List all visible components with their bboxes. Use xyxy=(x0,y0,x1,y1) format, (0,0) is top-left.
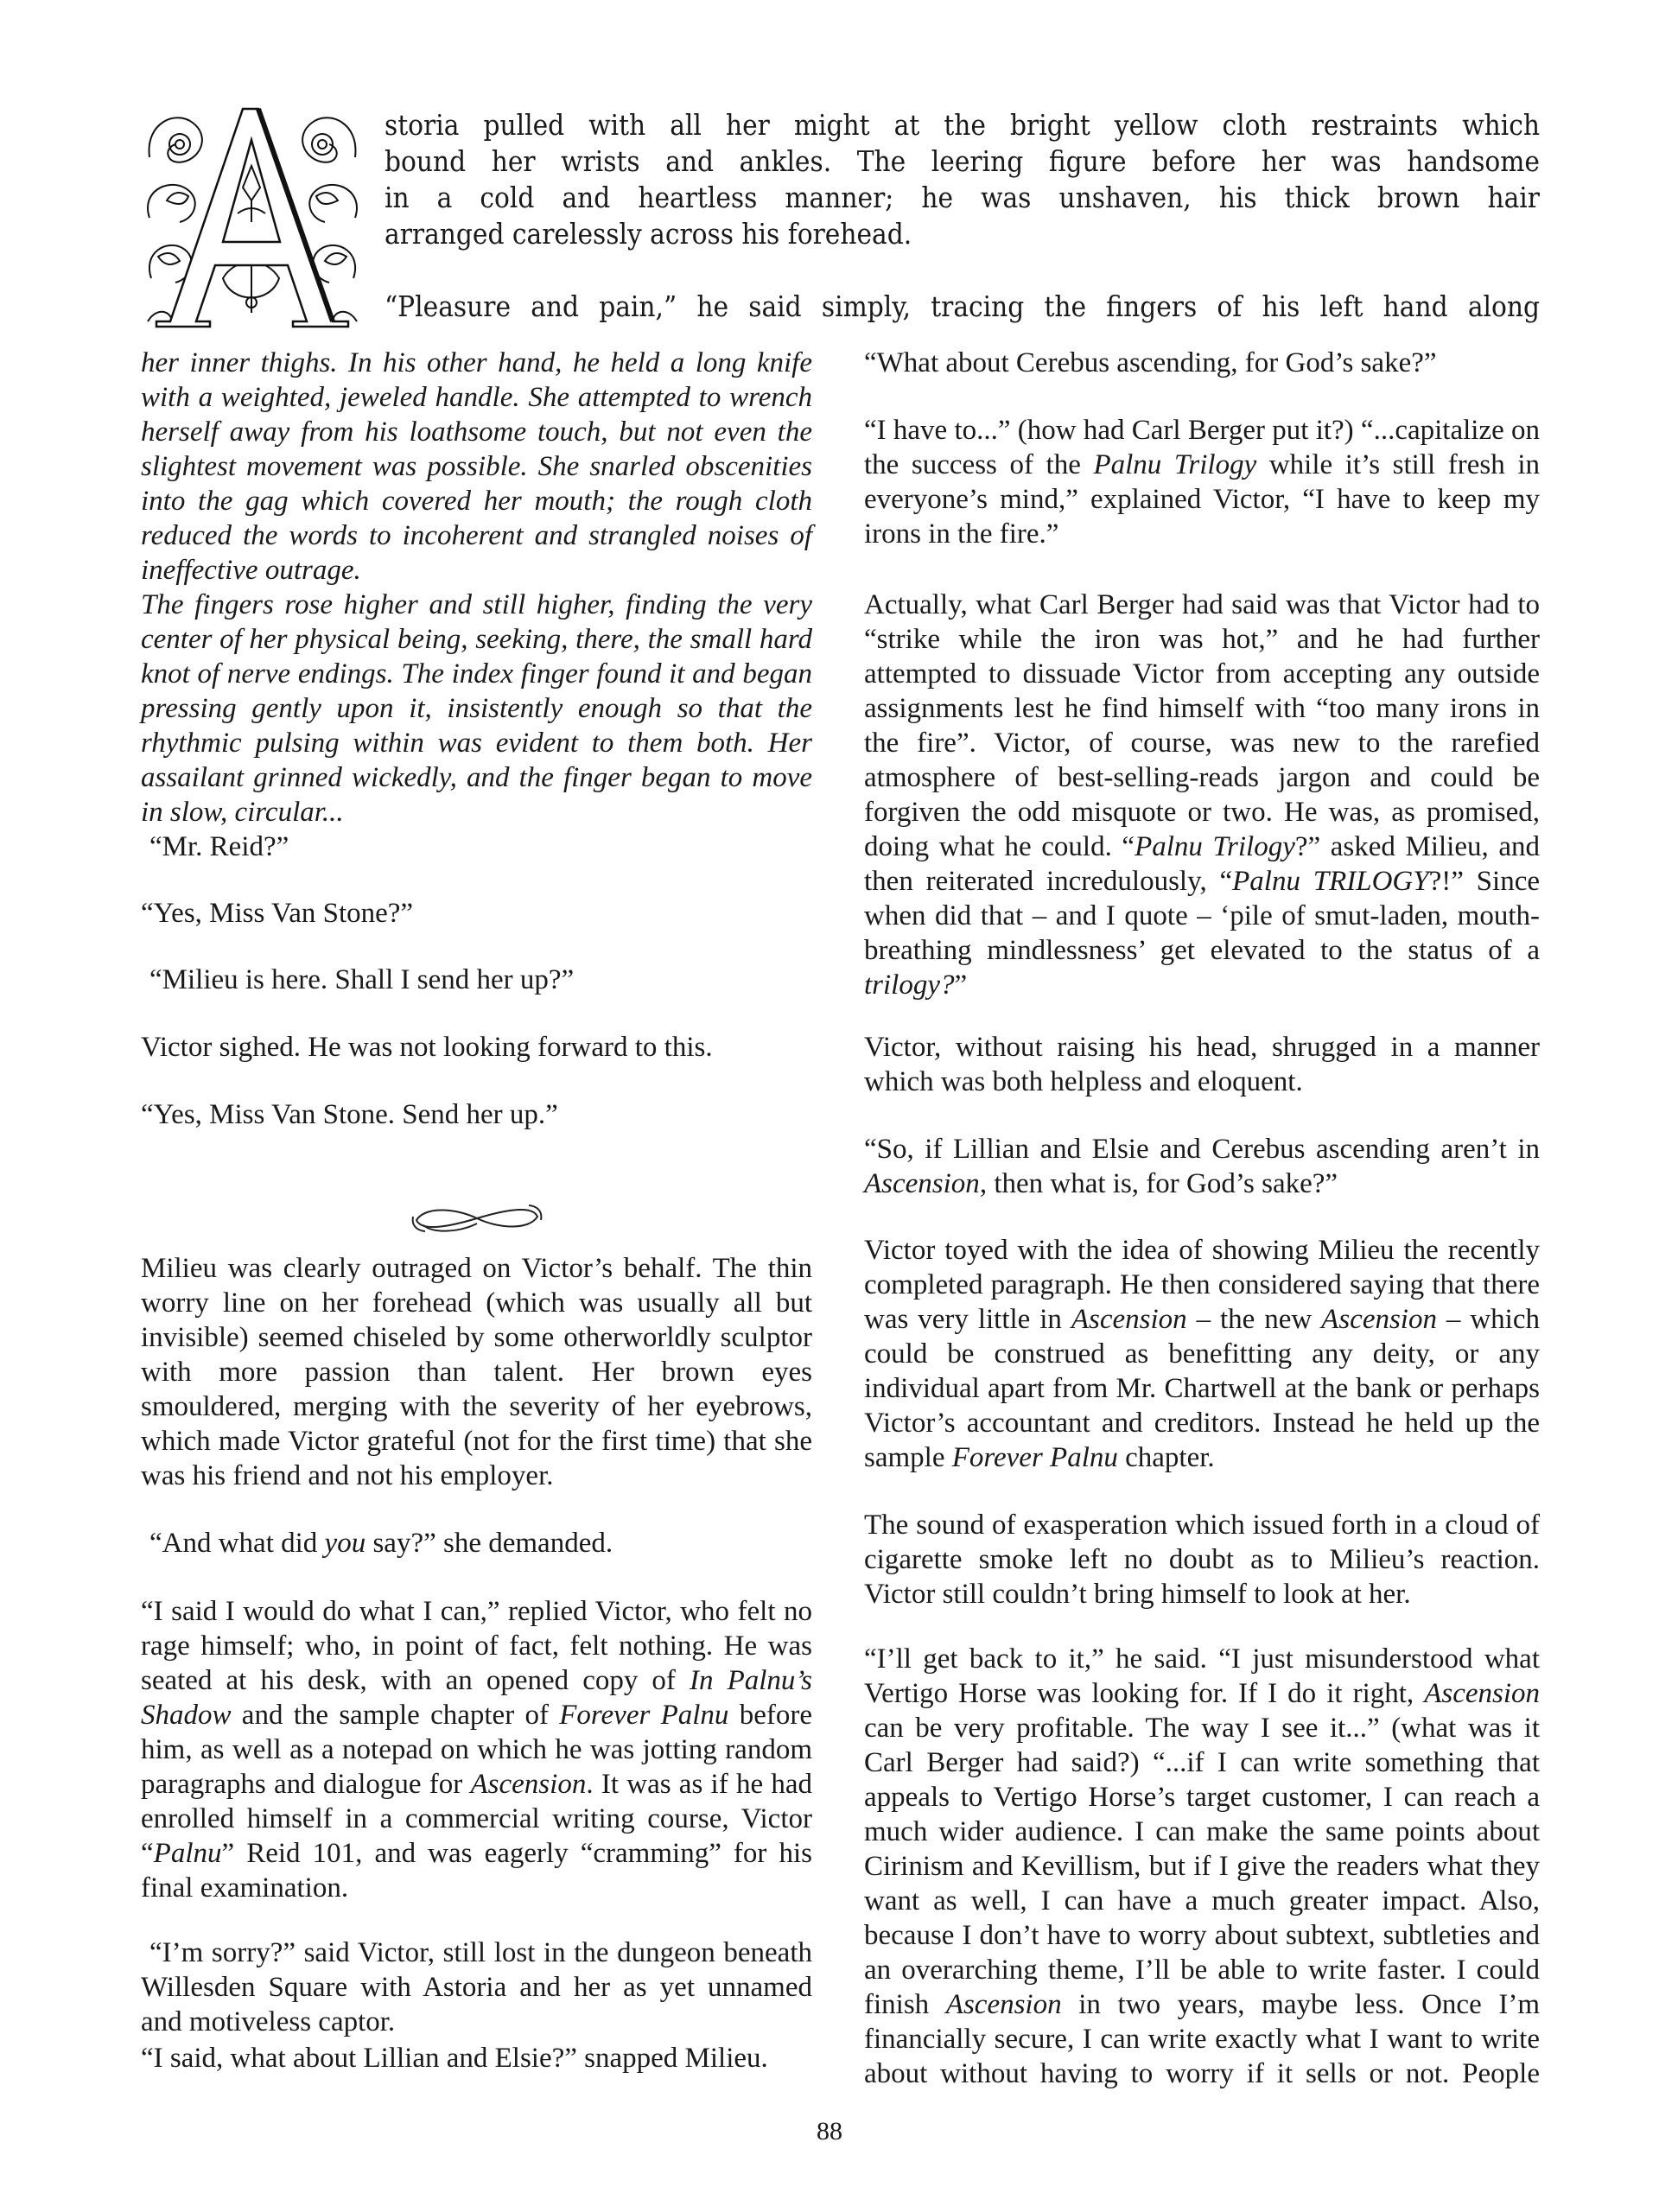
book-title-palnu-trilogy: Palnu Trilogy xyxy=(1135,831,1295,862)
text-run: can be very profitable. The way I see it… xyxy=(864,1713,1540,2020)
text-run: , then what is, for God’s sake?” xyxy=(980,1168,1338,1199)
book-title-forever-palnu: Forever Palnu xyxy=(559,1700,728,1731)
book-title-palnu-trilogy-caps: Palnu TRILOGY xyxy=(1232,866,1428,897)
infinity-flourish-divider-icon xyxy=(408,1201,546,1236)
ornate-drop-cap-a-icon xyxy=(141,105,364,328)
left-paragraph-5: “Milieu is here. Shall I send her up?” xyxy=(141,963,812,997)
text-run: “And what did xyxy=(149,1528,325,1559)
text-run: ” Reid 101, and was eagerly “cramming” f… xyxy=(141,1838,812,1904)
text-run: and the sample chapter of xyxy=(232,1700,560,1731)
left-paragraph-2: The fingers rose higher and still higher… xyxy=(141,588,812,829)
page-number: 88 xyxy=(0,2117,1659,2146)
book-title-ascension: Ascension xyxy=(1424,1678,1540,1709)
book-title-ascension: Ascension xyxy=(1071,1304,1187,1335)
left-paragraph-12: “I said, what about Lillian and Elsie?” … xyxy=(141,2041,812,2075)
opening-line-2: bound her wrists and ankles. The leering… xyxy=(385,143,1540,180)
opening-line-4: arranged carelessly across his forehead. xyxy=(385,216,1540,252)
book-title-ascension: Ascension xyxy=(864,1168,980,1199)
text-run: say?” she demanded. xyxy=(365,1528,613,1559)
emphasis-you: you xyxy=(325,1528,366,1559)
right-paragraph-3: Actually, what Carl Berger had said was … xyxy=(864,588,1540,1002)
text-run: “So, if Lillian and Elsie and Cerebus as… xyxy=(864,1134,1540,1165)
book-title-ascension: Ascension xyxy=(946,1989,1062,2020)
left-paragraph-4: “Yes, Miss Van Stone?” xyxy=(141,896,812,931)
right-paragraph-1: “What about Cerebus ascending, for God’s… xyxy=(864,346,1540,380)
book-title-forever-palnu: Forever Palnu xyxy=(952,1442,1118,1473)
nickname-palnu: Palnu xyxy=(154,1838,222,1869)
left-paragraph-8: Milieu was clearly outraged on Victor’s … xyxy=(141,1251,812,1493)
emphasis-trilogy: trilogy? xyxy=(864,969,955,1001)
text-run: Actually, what Carl Berger had said was … xyxy=(864,589,1540,862)
right-paragraph-8: “I’ll get back to it,” he said. “I just … xyxy=(864,1642,1540,2091)
text-run: ” xyxy=(955,969,968,1001)
left-paragraph-6: Victor sighed. He was not looking forwar… xyxy=(141,1030,812,1065)
right-paragraph-4: Victor, without raising his head, shrugg… xyxy=(864,1030,1540,1099)
right-paragraph-6: Victor toyed with the idea of showing Mi… xyxy=(864,1233,1540,1475)
left-paragraph-1: her inner thighs. In his other hand, he … xyxy=(141,346,812,588)
opening-line-1: storia pulled with all her might at the … xyxy=(385,107,1540,143)
left-paragraph-11: “I’m sorry?” said Victor, still lost in … xyxy=(141,1935,812,2039)
book-title-ascension: Ascension xyxy=(1321,1304,1437,1335)
opening-pleasure-line: “Pleasure and pain,” he said simply, tra… xyxy=(385,289,1540,325)
opening-line-3: in a cold and heartless manner; he was u… xyxy=(385,180,1540,216)
left-paragraph-7: “Yes, Miss Van Stone. Send her up.” xyxy=(141,1097,812,1132)
right-paragraph-5: “So, if Lillian and Elsie and Cerebus as… xyxy=(864,1132,1540,1201)
text-run: – the new xyxy=(1187,1304,1322,1335)
left-paragraph-9: “And what did you say?” she demanded. xyxy=(141,1526,812,1560)
left-paragraph-10: “I said I would do what I can,” replied … xyxy=(141,1594,812,1905)
text-run: chapter. xyxy=(1118,1442,1215,1473)
book-page: storia pulled with all her might at the … xyxy=(0,0,1659,2212)
book-title-ascension: Ascension xyxy=(471,1769,587,1800)
left-paragraph-3: “Mr. Reid?” xyxy=(141,829,812,864)
right-paragraph-2: “I have to...” (how had Carl Berger put … xyxy=(864,413,1540,551)
right-paragraph-7: The sound of exasperation which issued f… xyxy=(864,1508,1540,1611)
book-title-palnu-trilogy: Palnu Trilogy xyxy=(1093,449,1256,480)
